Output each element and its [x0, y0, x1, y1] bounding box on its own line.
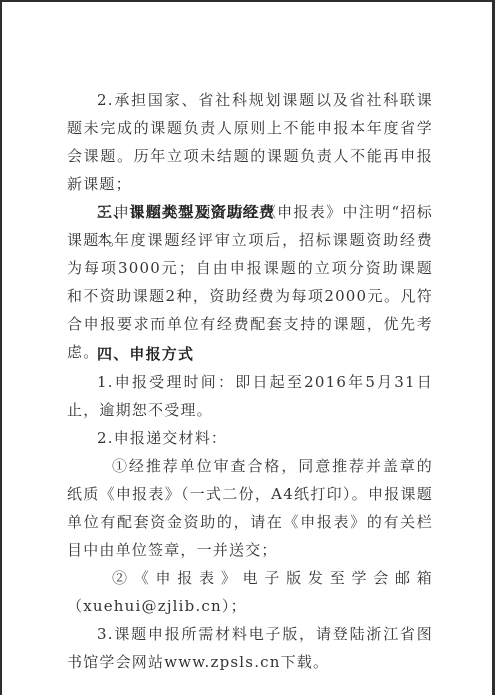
- section-4-heading: 四、申报方式: [67, 340, 433, 368]
- paragraph-download-site: 3.课题申报所需材料电子版，请登陆浙江省图书馆学会网站www.zpsls.cn下…: [67, 620, 433, 676]
- section-3-heading: 三、课题类型及资助经费: [67, 198, 433, 226]
- document-page: 2.承担国家、省社科规划课题以及省社科联课题未完成的课题负责人原则上不能申报本年…: [0, 0, 495, 695]
- section-4-application-method: 四、申报方式 1.申报受理时间：即日起至2016年5月31日止，逾期恕不受理。 …: [67, 340, 433, 676]
- paragraph-materials-label: 2.申报递交材料：: [67, 424, 433, 452]
- paragraph-eligibility-rule: 2.承担国家、省社科规划课题以及省社科联课题未完成的课题负责人原则上不能申报本年…: [67, 86, 433, 198]
- paragraph-email-submission: ②《申报表》电子版发至学会邮箱（xuehui@zjlib.cn）；: [67, 564, 433, 620]
- paragraph-paper-form: ①经推荐单位审查合格，同意推荐并盖章的纸质《申报表》（一式二份，A4纸打印）。申…: [67, 452, 433, 564]
- paragraph-deadline: 1.申报受理时间：即日起至2016年5月31日止，逾期恕不受理。: [67, 368, 433, 424]
